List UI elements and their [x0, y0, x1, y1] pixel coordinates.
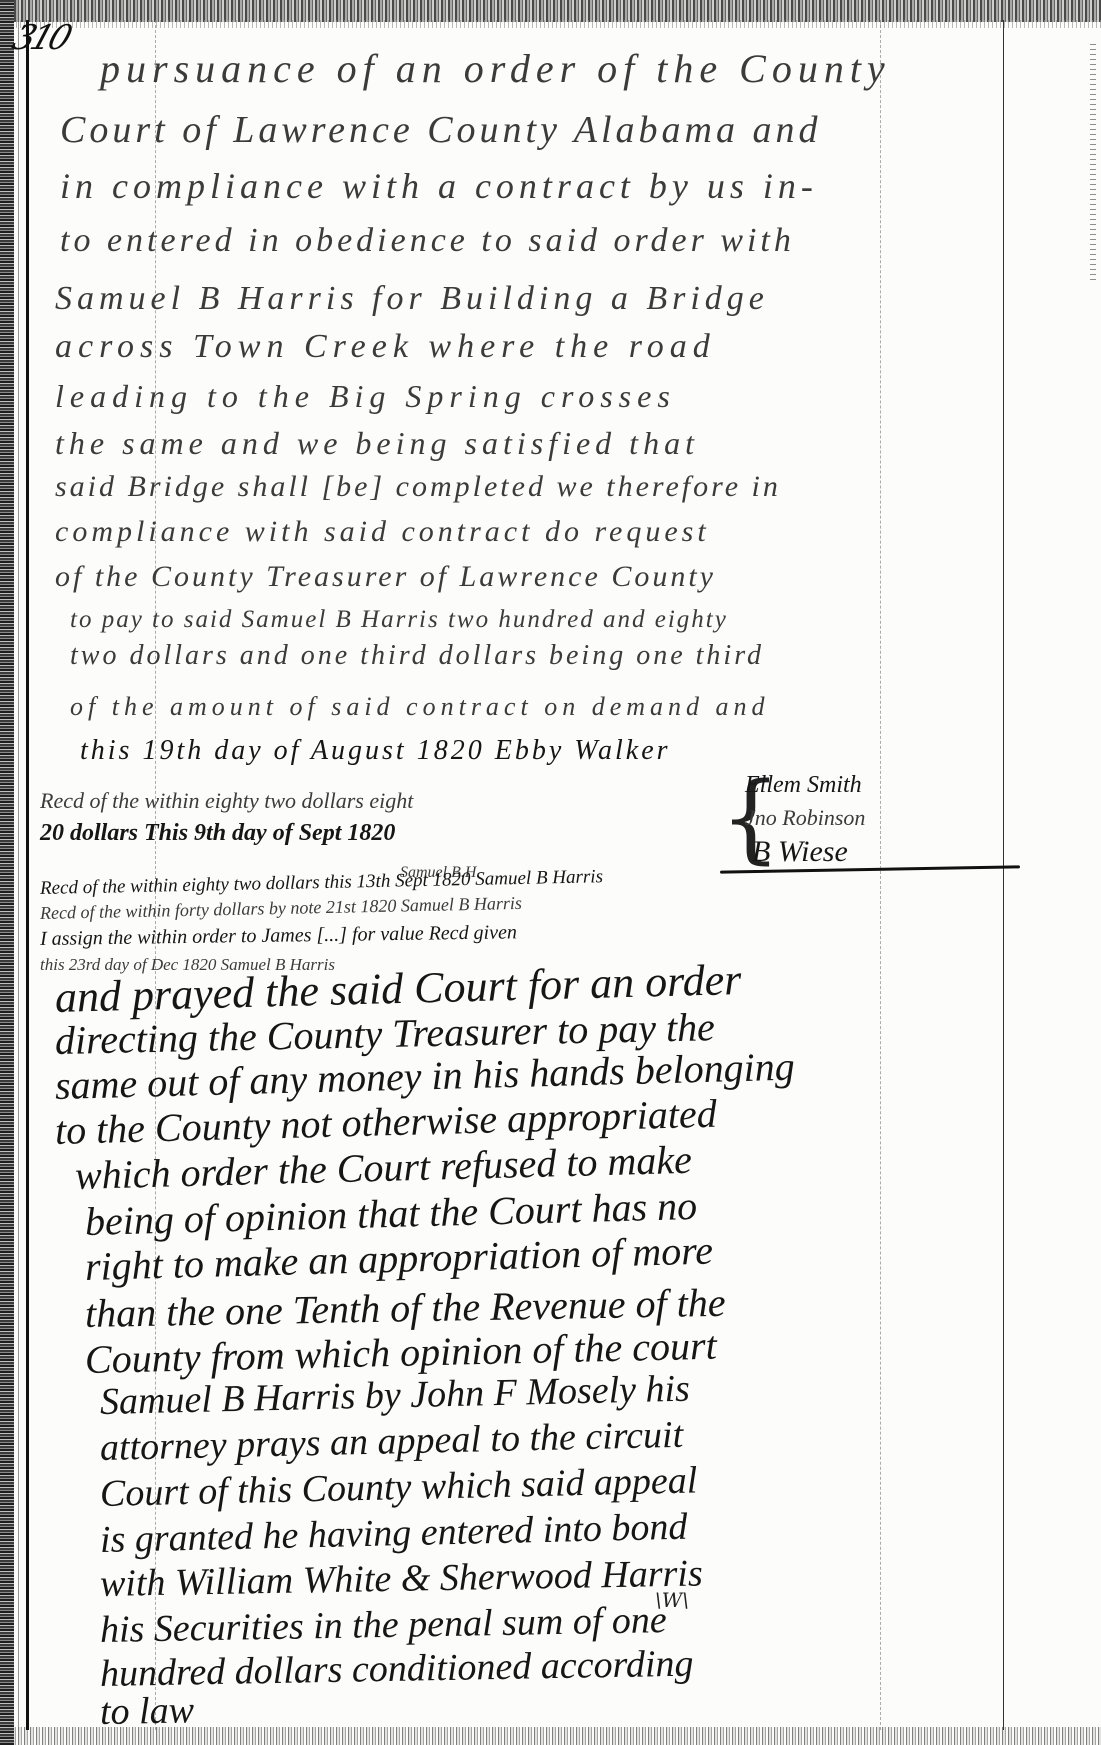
- margin-rule: [26, 20, 29, 1730]
- ruled-column-line: [880, 20, 881, 1730]
- scan-top-edge: [0, 0, 1101, 22]
- text-line: of the amount of said contract on demand…: [70, 692, 770, 722]
- margin-rule-outer: [18, 20, 19, 1730]
- text-line: to pay to said Samuel B Harris two hundr…: [70, 606, 728, 634]
- text-line: to entered in obedience to said order wi…: [60, 222, 795, 260]
- document-page: 310 pursuance of an order of the County …: [0, 0, 1101, 1745]
- right-margin-rule: [1003, 20, 1004, 1730]
- text-line: the same and we being satisfied that: [55, 425, 699, 462]
- text-line: two dollars and one third dollars being …: [70, 640, 764, 672]
- receipt-line: 20 dollars This 9th day of Sept 1820: [40, 820, 395, 847]
- text-line: to law: [100, 1688, 195, 1734]
- receipt-line: Recd of the within eighty two dollars ei…: [40, 788, 413, 814]
- receipt-line: I assign the within order to James [...]…: [40, 921, 517, 951]
- text-line: Court of Lawrence County Alabama and: [60, 108, 822, 152]
- text-line: Samuel B Harris for Building a Bridge: [55, 280, 769, 318]
- stray-mark: \W\: [655, 1588, 689, 1612]
- signatory: B Wiese: [752, 835, 848, 869]
- text-line: in compliance with a contract by us in-: [60, 165, 818, 207]
- signatory: Jno Robinson: [745, 805, 865, 831]
- scan-noise: [1090, 40, 1096, 280]
- text-line: compliance with said contract do request: [55, 515, 710, 549]
- text-line: this 19th day of August 1820 Ebby Walker: [80, 735, 671, 767]
- text-line: with William White & Sherwood Harris: [100, 1551, 703, 1606]
- text-line: leading to the Big Spring crosses: [55, 378, 676, 415]
- text-line: across Town Creek where the road: [55, 328, 716, 366]
- text-line: of the County Treasurer of Lawrence Coun…: [55, 560, 716, 594]
- text-line: pursuance of an order of the County: [100, 45, 891, 92]
- binding-edge: [0, 0, 14, 1745]
- signatory: Ellem Smith: [745, 772, 862, 799]
- text-line: said Bridge shall [be] completed we ther…: [55, 470, 781, 504]
- page-number: 310: [8, 18, 74, 58]
